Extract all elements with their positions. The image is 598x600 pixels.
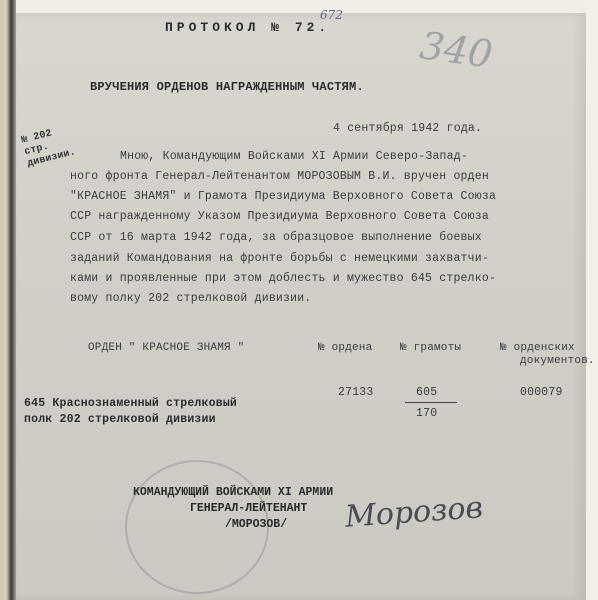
binder-spine [0, 0, 16, 600]
body-line: ками и проявленные при этом доблесть и м… [70, 272, 496, 285]
body-line: заданий Командования на фронте борьбы с … [70, 252, 489, 265]
document-date: 4 сентября 1942 года. [333, 122, 482, 135]
table-header-award: ОРДЕН " КРАСНОЕ ЗНАМЯ " [88, 342, 244, 354]
body-line: ного фронта Генерал-Лейтенантом МОРОЗОВЫ… [70, 170, 489, 183]
fraction-line [405, 402, 457, 403]
table-header-order-no: № ордена [318, 342, 372, 354]
body-line: "КРАСНОЕ ЗНАМЯ" и Грамота Президиума Вер… [70, 190, 496, 203]
table-cell-gramota-denominator: 170 [416, 407, 437, 420]
protocol-subtitle: ВРУЧЕНИЯ ОРДЕНОВ НАГРАЖДЕННЫМ ЧАСТЯМ. [90, 80, 364, 94]
body-line: вому полку 202 стрелковой дивизии. [70, 292, 311, 305]
body-line: ССР от 16 марта 1942 года, за образцовое… [70, 231, 482, 244]
body-line: ССР награжденному Указом Президиума Верх… [70, 210, 489, 223]
table-header-gramota-no: № грамоты [400, 342, 461, 354]
protocol-title: ПРОТОКОЛ № 72. [165, 20, 330, 35]
signature-name: /МОРОЗОВ/ [225, 518, 287, 531]
table-cell-gramota-numerator: 605 [416, 386, 437, 399]
body-line: Мною, Командующим Войсками XI Армии Севе… [120, 150, 468, 163]
signature-title-line2: ГЕНЕРАЛ-ЛЕЙТЕНАНТ [190, 502, 307, 515]
table-row-unit: 645 Краснознаменный стрелковый [24, 397, 237, 410]
table-cell-order-no: 27133 [338, 386, 374, 399]
page-right-edge [586, 0, 598, 600]
table-header-doc-no-2: документов. [520, 355, 595, 367]
table-cell-doc-no: 000079 [520, 386, 563, 399]
page-top-edge [16, 0, 586, 13]
table-header-doc-no: № орденских [500, 342, 575, 354]
signature-title-line1: КОМАНДУЮЩИЙ ВОЙСКАМИ XI АРМИИ [133, 486, 333, 499]
table-row-unit-2: полк 202 стрелковой дивизии [24, 413, 216, 426]
